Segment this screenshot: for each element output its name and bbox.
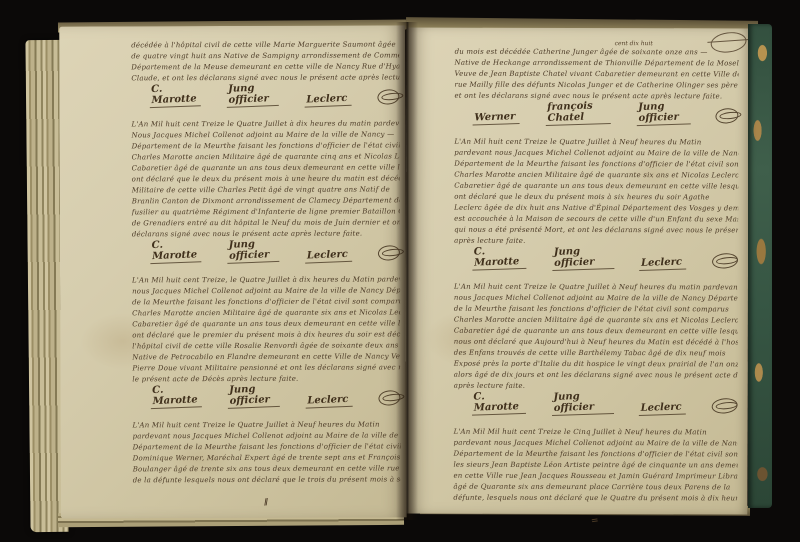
- signature: françois Chatel: [545, 100, 610, 126]
- entry-line: ont déclaré que le premier du présent mo…: [132, 329, 400, 341]
- entry-line: L'An Mil huit cent Treize le Quatre Juil…: [133, 419, 401, 431]
- entry-line: nous Jacques Michel Collenot adjoint au …: [454, 293, 738, 305]
- entry-line: L'An Mil huit cent Treize le Quatre Juil…: [454, 137, 738, 149]
- register-entry: cent dix huitdu mois est décédée Catheri…: [454, 40, 738, 126]
- entry-line: Charles Marotte ancien Militaire âgé de …: [454, 170, 738, 182]
- ink-flourish-icon: [711, 397, 738, 415]
- signature: C. Marotte: [150, 383, 202, 409]
- signature: Jung officier: [636, 100, 691, 126]
- left-page-entries: décédée à l'hôpital civil de cette ville…: [131, 39, 401, 486]
- signature-row: Wernerfrançois ChatelJung officier: [472, 105, 738, 126]
- signature: Jung officier: [227, 238, 280, 264]
- entry-line: Exposé près la porte d'Italie du dit hos…: [454, 359, 738, 371]
- register-entry: décédée à l'hôpital civil de cette ville…: [131, 39, 399, 107]
- signature: C. Marotte: [472, 245, 526, 271]
- signature-row: C. MarotteJung officierLeclerc: [472, 250, 738, 271]
- entry-line: de la Meurthe faisant les fonctions d'of…: [454, 304, 738, 316]
- entry-line: Dominique Werner, Maréchal Expert âgé de…: [133, 452, 401, 464]
- entry-line: pardevant nous Jacques Michel Collenot a…: [454, 148, 738, 160]
- signature: Leclerc: [304, 93, 351, 108]
- entry-line: du mois est décédée Catherine Junger âgé…: [455, 47, 739, 59]
- entry-line: Charles Marotte ancien Militaire âgé de …: [454, 315, 738, 327]
- signature: Leclerc: [305, 394, 352, 409]
- register-entry: L'An Mil huit cent Treize le Quatre Juil…: [454, 282, 738, 416]
- entry-line: L'An Mil huit cent Treize le Quatre Juil…: [131, 118, 399, 130]
- entry-line: est accouchée à la Maison de secours de …: [454, 214, 738, 226]
- signature: C. Marotte: [149, 82, 201, 108]
- entry-line: Native de Heckange arrondissement de Thi…: [455, 58, 739, 70]
- entry-line: l'hôpital civil de cette ville Rosalie R…: [132, 340, 400, 352]
- ink-flourish-icon: [377, 244, 400, 261]
- manuscript-photo: décédée à l'hôpital civil de cette ville…: [0, 0, 800, 542]
- entry-line: Département de la Meurthe faisant les fo…: [133, 441, 401, 453]
- entry-line: Cabaretier âgé de quarante un ans tous d…: [454, 181, 738, 193]
- entry-line: nous ont déclaré que Aujourd'hui à Neuf …: [454, 337, 738, 349]
- ink-flourish-icon: [378, 389, 401, 406]
- entry-line: en cette Ville rue Jean Jacques Rousseau…: [453, 471, 737, 483]
- signature: Leclerc: [305, 249, 352, 264]
- signature: Jung officier: [551, 245, 613, 271]
- entry-line: qui nous a été présenté Mort, et ont les…: [454, 225, 738, 237]
- signature: Jung officier: [226, 82, 279, 108]
- entry-line: pardevant nous Jacques Michel Collenot a…: [133, 430, 401, 442]
- entry-line: nous Jacques Michel Collenot adjoint au …: [132, 285, 400, 297]
- entry-line: alors âgé de dix jours et ont les déclar…: [454, 370, 738, 382]
- signature: Jung officier: [227, 383, 280, 409]
- right-page: cent dix huitdu mois est décédée Catheri…: [405, 28, 748, 515]
- left-page: décédée à l'hôpital civil de cette ville…: [59, 25, 407, 518]
- entry-line: Pierre Doue vivant Militaire pensionné e…: [132, 362, 400, 374]
- entry-line: Leclerc âgée de dix huit ans Native d'Ép…: [454, 203, 738, 215]
- entry-line: L'An Mil Mil huit cent Treize le Cinq Ju…: [454, 427, 738, 439]
- entry-line: rue Mailly fille des défunts Nicolas Jun…: [454, 80, 738, 92]
- ink-flourish-icon: [715, 107, 739, 124]
- entry-line: Département de la Meurthe faisant les fo…: [454, 449, 738, 461]
- signature: C. Marotte: [471, 390, 525, 416]
- register-entry: L'An Mil huit cent Treize le Quatre Juil…: [133, 419, 401, 486]
- entry-line: âgé de Quarante six ans demeurant place …: [453, 482, 737, 494]
- entry-line: pardevant nous Jacques Michel Collenot a…: [454, 438, 738, 450]
- entry-line: L'An Mil huit cent Treize le Quatre Juil…: [454, 282, 738, 294]
- register-entry: L'An Mil huit cent Treize le Quatre Juil…: [454, 137, 738, 271]
- entry-line: Veuve de Jean Baptiste Chatel vivant Cab…: [455, 69, 739, 81]
- register-entry: L'An Mil Mil huit cent Treize le Cinq Ju…: [453, 427, 737, 505]
- book-cover-edge: [748, 24, 772, 508]
- ink-flourish-icon: [377, 88, 400, 105]
- right-page-entries: cent dix huitdu mois est décédée Catheri…: [453, 40, 738, 505]
- signature: Werner: [472, 111, 519, 126]
- signature-row: C. MarotteJung officierLeclerc: [150, 242, 400, 263]
- signature-row: C. MarotteJung officierLeclerc: [150, 387, 400, 408]
- signature: C. Marotte: [149, 238, 201, 264]
- entry-line: les sieurs Jean Baptiste Léon Artiste pe…: [453, 460, 737, 472]
- signature: Jung officier: [551, 390, 613, 416]
- entry-line: Département de la Meurthe faisant les fo…: [454, 159, 738, 171]
- register-entry: L'An Mil huit cent Treize le Quatre Juil…: [131, 118, 400, 263]
- signature: Leclerc: [639, 401, 686, 416]
- entry-line: Native de Petrocabilo en Flandre demeura…: [132, 351, 400, 363]
- entry-line: Charles Marotte ancien Militaire âgé de …: [132, 307, 400, 319]
- ink-flourish-icon: [711, 252, 738, 270]
- entry-line: L'An Mil huit cent Treize, le Quatre Jui…: [132, 274, 400, 286]
- entry-line: ont déclaré que le deux du présent mois …: [454, 192, 738, 204]
- signature-row: C. MarotteJung officierLeclerc: [472, 395, 738, 416]
- signature-row: C. MarotteJung officierLeclerc: [149, 86, 399, 107]
- register-entry: L'An Mil huit cent Treize, le Quatre Jui…: [132, 274, 400, 408]
- entry-line: décédée à l'hôpital civil de cette ville…: [131, 39, 399, 51]
- entry-line: Cabaretier âgé de quarante un ans tous d…: [132, 318, 400, 330]
- entry-line: Boulanger âgé de trente six ans tous deu…: [133, 463, 401, 475]
- entry-line: de la Meurthe faisant les fonctions d'of…: [132, 296, 400, 308]
- signature: Leclerc: [639, 256, 686, 271]
- entry-line: Cabaretier âgé de quarante un ans tous d…: [454, 326, 738, 338]
- entry-line: des Enfans trouvés de cette ville Barthé…: [454, 348, 738, 360]
